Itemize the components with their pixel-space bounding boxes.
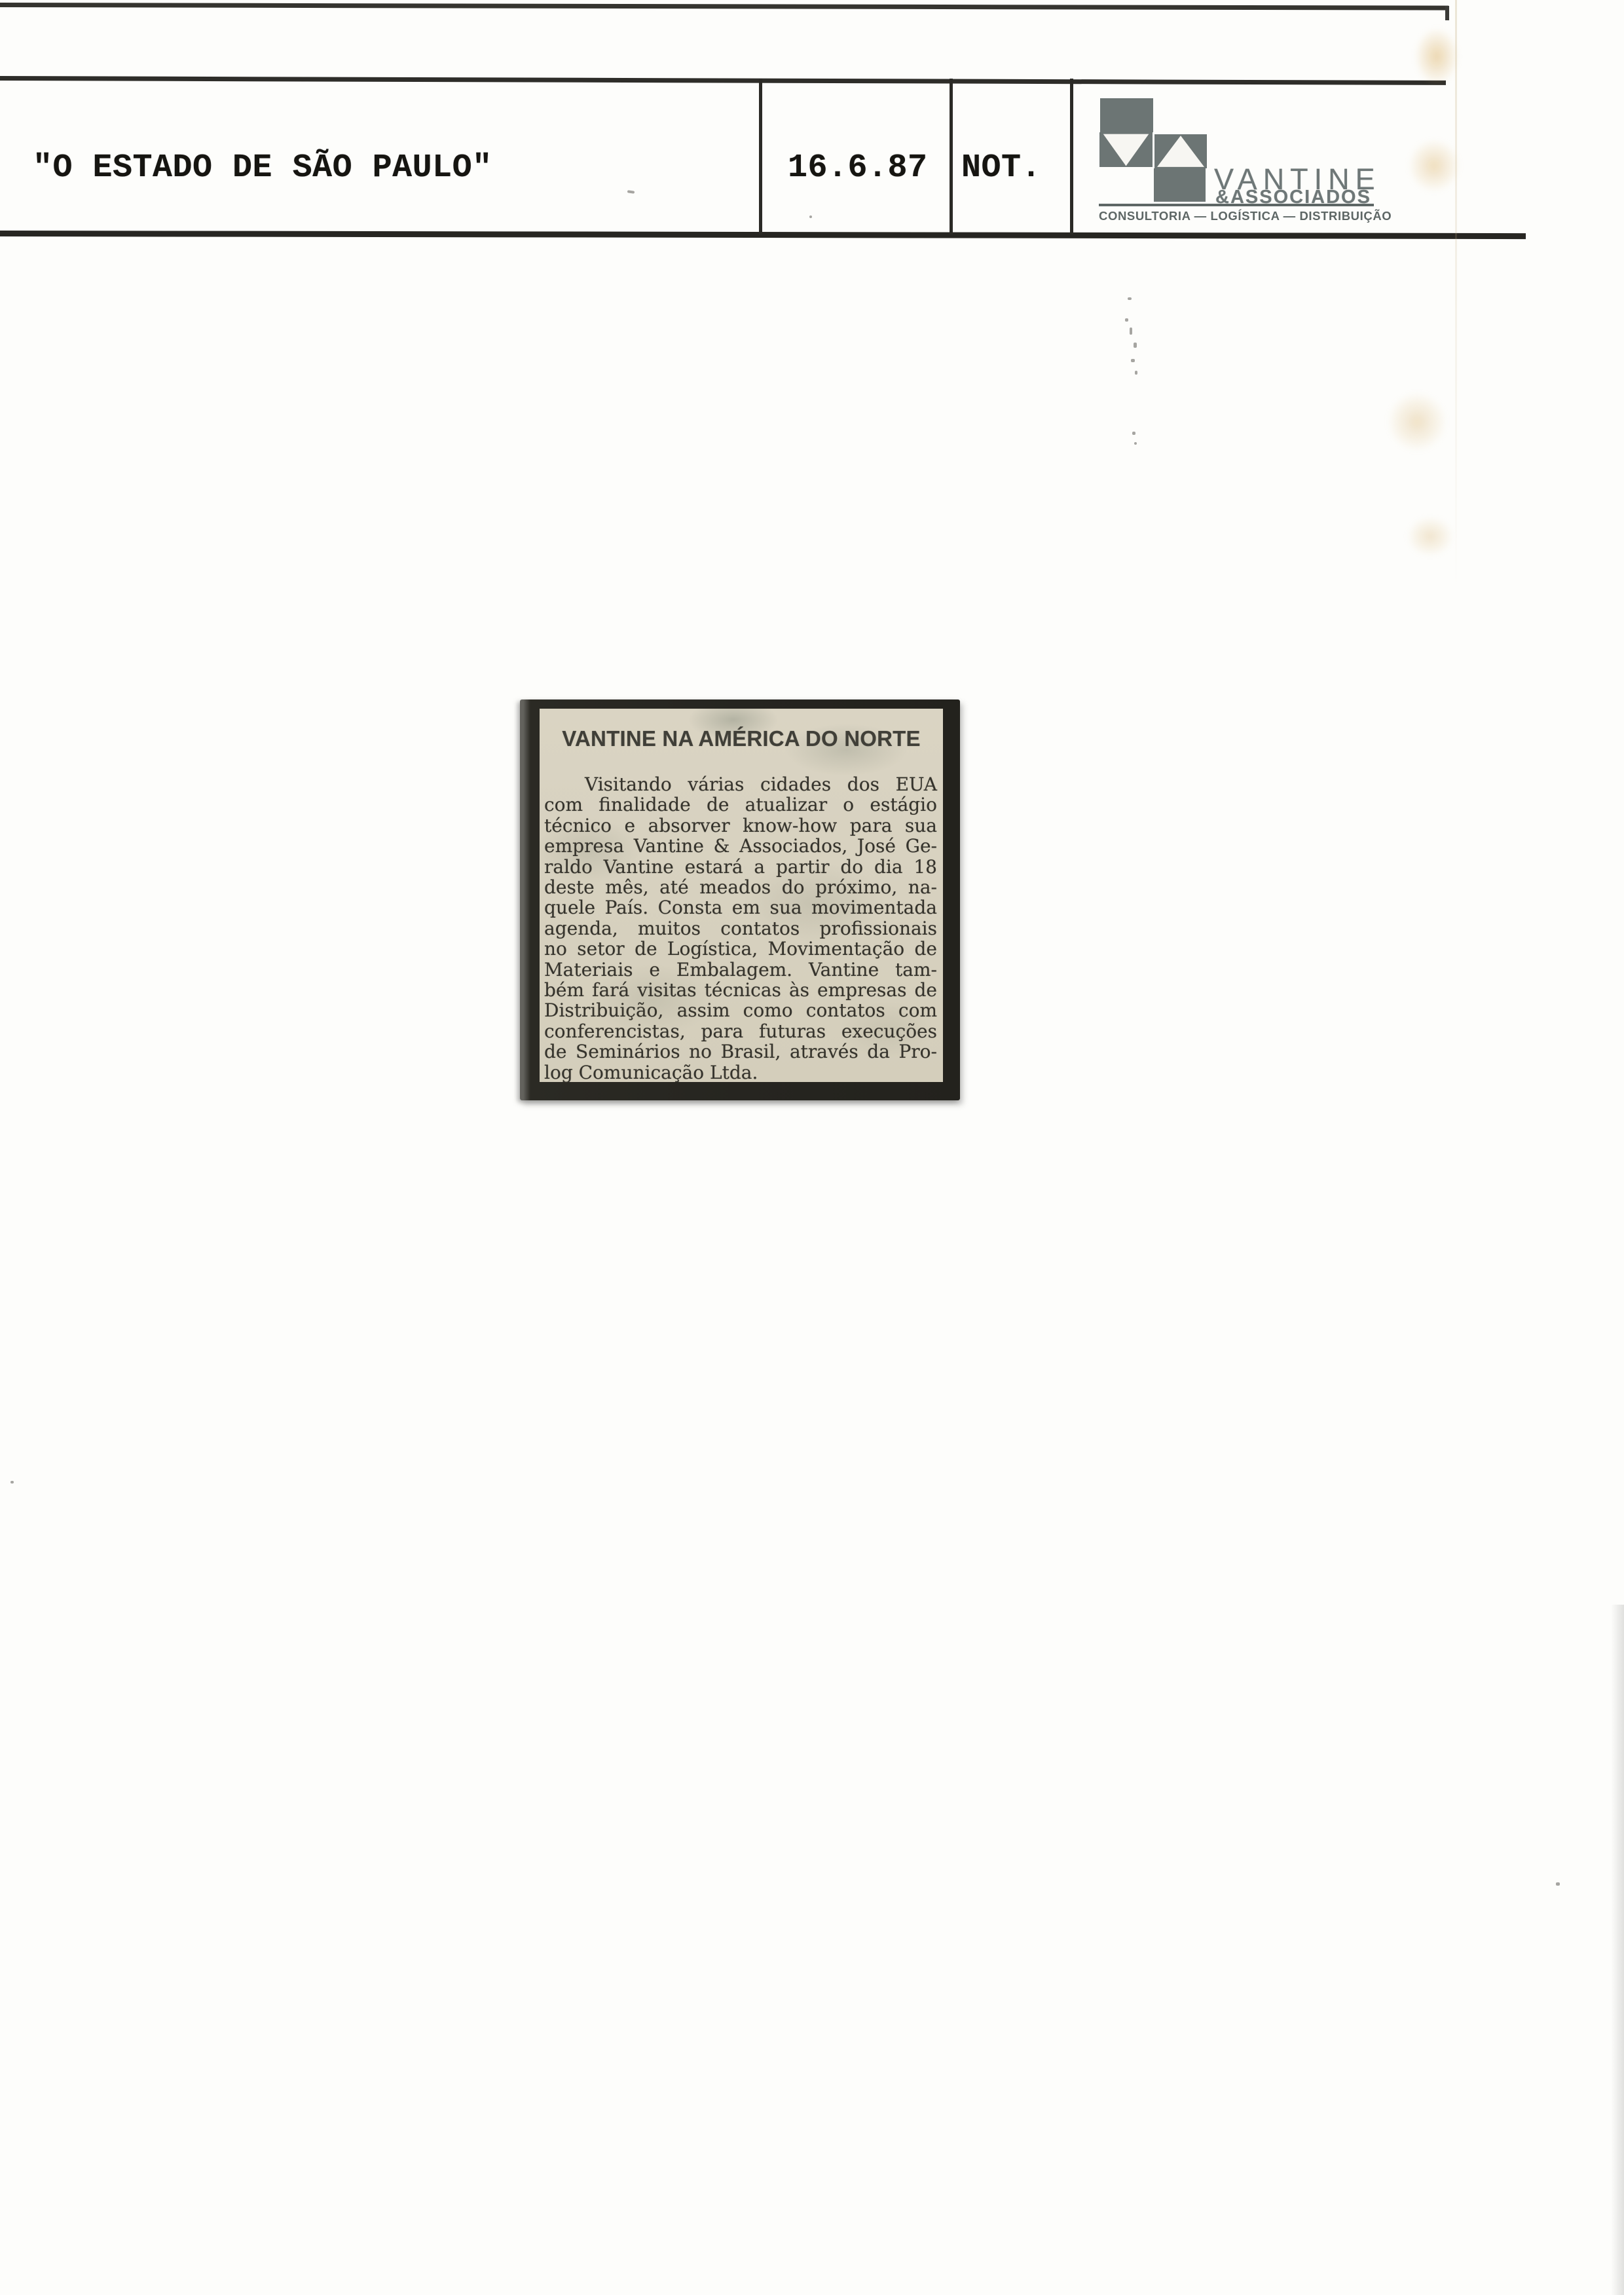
header-band-top-border <box>0 76 1446 85</box>
clipping-body-line: conferencistas, para futuras execuções <box>544 1021 937 1041</box>
logo-rule <box>1099 204 1374 206</box>
scanned-archive-sheet: { "header": { "source_label": "\"O ESTAD… <box>0 0 1624 2295</box>
header-divider-2 <box>950 79 953 234</box>
scan-speck <box>1556 1882 1560 1886</box>
card-corner-mark <box>1445 6 1449 20</box>
logo-square-a-icon <box>1154 134 1207 168</box>
clipping-body-line: deste mês, até meados do próximo, na- <box>544 877 937 897</box>
scan-speck <box>627 190 635 193</box>
logo-square-solid-top-icon <box>1100 98 1153 132</box>
yellow-stain <box>1408 139 1460 193</box>
header-divider-3 <box>1070 79 1073 234</box>
scan-speck <box>1135 371 1137 375</box>
newspaper-clipping-mount: VANTINE NA AMÉRICA DO NORTE Visitando vá… <box>520 700 960 1100</box>
clipping-body-line: Visitando várias cidades dos EUA <box>544 774 937 794</box>
clipping-body-line: agenda, muitos contatos profissionais <box>544 918 937 939</box>
clipping-body-line: quele País. Consta em sua movimentada <box>544 897 937 918</box>
scan-speck <box>1134 343 1137 348</box>
yellow-stain <box>1414 28 1459 85</box>
clipping-body-line: Distribuição, assim como contatos com <box>544 1000 937 1020</box>
header-band-bottom-border <box>0 231 1526 239</box>
scan-speck <box>1132 432 1135 435</box>
white-triangle-down <box>1099 132 1153 167</box>
clipping-body: Visitando várias cidades dos EUA com fin… <box>544 774 937 1083</box>
yellow-stain <box>1387 392 1447 452</box>
card-right-edge <box>1455 0 1457 589</box>
logo-square-solid-bottom-icon <box>1154 168 1206 202</box>
scan-speck <box>1131 359 1135 362</box>
clipping-body-line: técnico e absorver know-how para sua <box>544 815 937 836</box>
header-divider-1 <box>759 79 762 234</box>
scan-speck <box>809 215 812 218</box>
clipping-headline: VANTINE NA AMÉRICA DO NORTE <box>540 726 943 753</box>
clipping-body-line: empresa Vantine & Associados, José Ge- <box>544 836 937 856</box>
clipping-body-line: bém fará visitas técnicas às empresas de <box>544 980 937 1000</box>
clipping-body-line: log Comunicação Ltda. <box>544 1062 937 1083</box>
clipping-body-line: de Seminários no Brasil, através da Pro- <box>544 1041 937 1062</box>
scan-speck <box>10 1481 14 1483</box>
scan-speck <box>1134 442 1137 445</box>
scan-speck <box>1125 318 1128 322</box>
scan-speck <box>1130 327 1132 335</box>
scan-speck <box>1128 297 1132 300</box>
source-newspaper-title: "O ESTADO DE SÃO PAULO" <box>33 149 492 187</box>
newspaper-clipping-paper: VANTINE NA AMÉRICA DO NORTE Visitando vá… <box>540 709 943 1082</box>
clipping-date: 16.6.87 <box>788 149 928 187</box>
clipping-body-line: no setor de Logística, Movimentação de <box>544 939 937 959</box>
vantine-logo: VANTINE &ASSOCIADOS CONSULTORIA — LOGÍST… <box>1099 97 1376 225</box>
category-code: NOT. <box>961 149 1041 187</box>
clipping-body-line: raldo Vantine estará a partir do dia 18 <box>544 857 937 877</box>
yellow-stain <box>1407 516 1454 557</box>
scan-edge-shadow <box>1611 1605 1624 2295</box>
white-triangle-up <box>1154 134 1207 168</box>
card-top-edge-line <box>0 3 1449 10</box>
logo-square-v-icon <box>1099 132 1153 167</box>
clipping-body-line: Materiais e Embalagem. Vantine tam- <box>544 960 937 980</box>
logo-tagline: CONSULTORIA — LOGÍSTICA — DISTRIBUIÇÃO <box>1099 209 1376 223</box>
clipping-body-line: com finalidade de atualizar o estágio <box>544 794 937 815</box>
